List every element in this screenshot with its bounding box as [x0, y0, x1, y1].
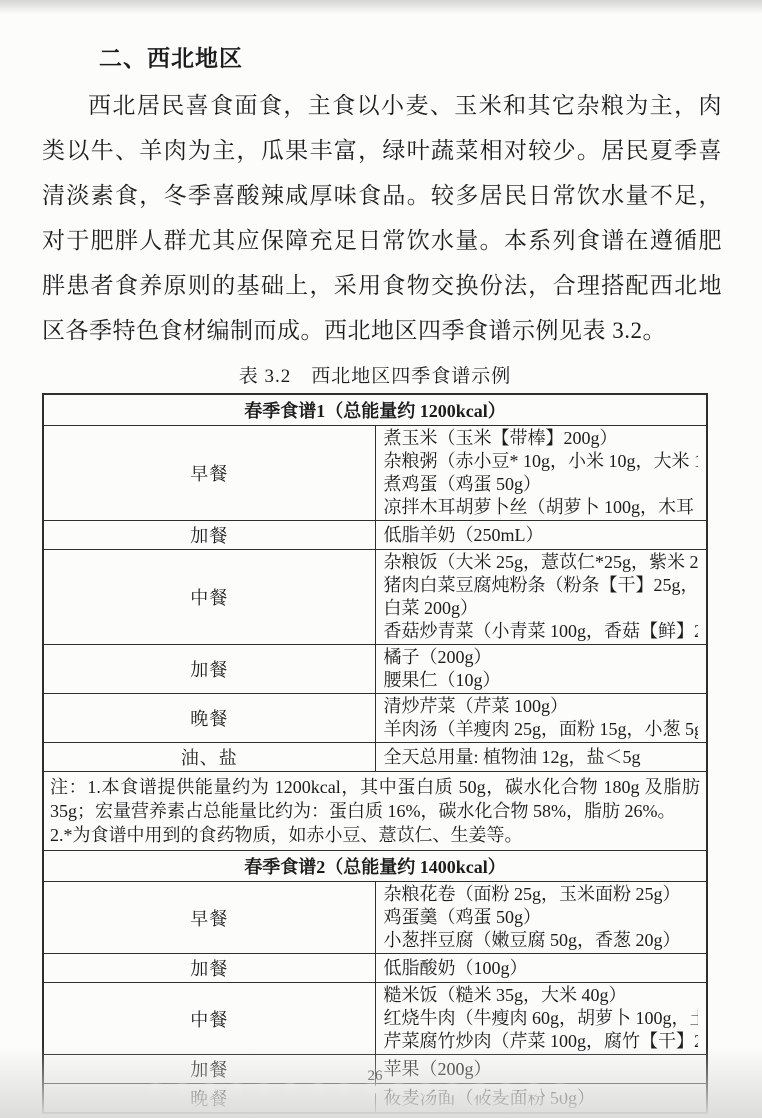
dish-line: 杂粮花卷（面粉 25g，玉米面粉 25g） — [384, 883, 699, 906]
meal-label: 晚餐 — [43, 694, 375, 743]
dish-line: 鸡蛋羹（鸡蛋 50g） — [384, 906, 699, 929]
dish-line: 杂粮粥（赤小豆* 10g，小米 10g，大米 10g） — [384, 450, 699, 473]
table-row: 中餐糙米饭（糙米 35g，大米 40g）红烧牛肉（牛瘦肉 60g，胡萝卜 100… — [43, 983, 707, 1055]
meal-items: 清炒芹菜（芹菜 100g）羊肉汤（羊瘦肉 25g，面粉 15g，小葱 5g，生姜… — [375, 694, 707, 743]
recipe-table: 春季食谱1（总能量约 1200kcal）早餐煮玉米（玉米【带棒】200g）杂粮粥… — [42, 393, 708, 1114]
table-row: 加餐橘子（200g）腰果仁（10g） — [43, 645, 707, 694]
dish-line: 红烧牛肉（牛瘦肉 60g，胡萝卜 100g，土豆 100g，生姜*2g） — [384, 1007, 699, 1030]
photo-bottom-shade — [0, 1046, 762, 1118]
page-content: 二、西北地区 西北居民喜食面食，主食以小麦、玉米和其它杂粮为主，肉类以牛、羊肉为… — [42, 0, 722, 1114]
section-header-row: 春季食谱1（总能量约 1200kcal） — [43, 394, 707, 426]
section-header-cell: 春季食谱1（总能量约 1200kcal） — [43, 394, 707, 426]
dish-line: 低脂酸奶（100g） — [384, 957, 699, 980]
table-row: 油、盐全天总用量: 植物油 12g，盐＜5g — [43, 743, 707, 772]
dish-line: 凉拌木耳胡萝卜丝（胡萝卜 100g，木耳【干】10g） — [384, 496, 699, 519]
meal-items: 糙米饭（糙米 35g，大米 40g）红烧牛肉（牛瘦肉 60g，胡萝卜 100g，… — [375, 983, 707, 1055]
meal-label: 早餐 — [43, 426, 375, 521]
note-row: 注：1.本食谱提供能量约为 1200kcal，其中蛋白质 50g，碳水化合物 1… — [43, 772, 707, 851]
table-row: 早餐杂粮花卷（面粉 25g，玉米面粉 25g）鸡蛋羹（鸡蛋 50g）小葱拌豆腐（… — [43, 882, 707, 954]
meal-label: 中餐 — [43, 550, 375, 645]
dish-line: 低脂羊奶（250mL） — [384, 524, 699, 547]
table-row: 晚餐清炒芹菜（芹菜 100g）羊肉汤（羊瘦肉 25g，面粉 15g，小葱 5g，… — [43, 694, 707, 743]
dish-line: 杂粮饭（大米 25g，薏苡仁*25g，紫米 25g) — [384, 551, 699, 574]
table-caption: 表 3.2 西北地区四季食谱示例 — [42, 361, 708, 388]
meal-label: 加餐 — [43, 521, 375, 550]
meal-items: 全天总用量: 植物油 12g，盐＜5g — [375, 743, 707, 772]
dish-line: 羊肉汤（羊瘦肉 25g，面粉 15g，小葱 5g，生姜*2g，花椒*1g） — [384, 718, 699, 741]
intro-paragraph: 西北居民喜食面食，主食以小麦、玉米和其它杂粮为主，肉类以牛、羊肉为主，瓜果丰富，… — [42, 83, 722, 353]
meal-items: 橘子（200g）腰果仁（10g） — [375, 645, 707, 694]
meal-label: 油、盐 — [43, 743, 375, 772]
table-row: 加餐低脂羊奶（250mL） — [43, 521, 707, 550]
meal-label: 加餐 — [43, 645, 375, 694]
dish-line: 白菜 200g） — [384, 597, 699, 620]
dish-line: 橘子（200g） — [384, 646, 699, 669]
meal-items: 低脂羊奶（250mL） — [375, 521, 707, 550]
meal-label: 加餐 — [43, 954, 375, 983]
table-row: 早餐煮玉米（玉米【带棒】200g）杂粮粥（赤小豆* 10g，小米 10g，大米 … — [43, 426, 707, 521]
dish-line: 小葱拌豆腐（嫩豆腐 50g，香葱 20g） — [384, 929, 699, 952]
dish-line: 全天总用量: 植物油 12g，盐＜5g — [384, 746, 699, 769]
dish-line: 煮鸡蛋（鸡蛋 50g） — [384, 473, 699, 496]
meal-label: 早餐 — [43, 882, 375, 954]
meal-items: 低脂酸奶（100g） — [375, 954, 707, 983]
section-header-row: 春季食谱2（总能量约 1400kcal） — [43, 851, 707, 882]
table-note: 注：1.本食谱提供能量约为 1200kcal，其中蛋白质 50g，碳水化合物 1… — [43, 772, 707, 851]
dish-line: 清炒芹菜（芹菜 100g） — [384, 695, 699, 718]
dish-line: 糙米饭（糙米 35g，大米 40g） — [384, 984, 699, 1007]
dish-line: 猪肉白菜豆腐炖粉条（粉条【干】25g，北豆腐 50g，猪后腿肉 35g， — [384, 574, 699, 597]
meal-items: 煮玉米（玉米【带棒】200g）杂粮粥（赤小豆* 10g，小米 10g，大米 10… — [375, 426, 707, 521]
table-row: 加餐低脂酸奶（100g） — [43, 954, 707, 983]
dish-line: 腰果仁（10g） — [384, 669, 699, 692]
section-header-cell: 春季食谱2（总能量约 1400kcal） — [43, 851, 707, 882]
meal-label: 中餐 — [43, 983, 375, 1055]
note-line: 注：1.本食谱提供能量约为 1200kcal，其中蛋白质 50g，碳水化合物 1… — [50, 775, 700, 823]
dish-line: 煮玉米（玉米【带棒】200g） — [384, 427, 699, 450]
section-heading: 二、西北地区 — [99, 40, 722, 73]
meal-items: 杂粮饭（大米 25g，薏苡仁*25g，紫米 25g)猪肉白菜豆腐炖粉条（粉条【干… — [375, 550, 707, 645]
table-row: 中餐杂粮饭（大米 25g，薏苡仁*25g，紫米 25g)猪肉白菜豆腐炖粉条（粉条… — [43, 550, 707, 645]
note-line: 2.*为食谱中用到的食药物质，如赤小豆、薏苡仁、生姜等。 — [50, 823, 700, 847]
dish-line: 香菇炒青菜（小青菜 100g，香菇【鲜】20g） — [384, 620, 699, 643]
meal-items: 杂粮花卷（面粉 25g，玉米面粉 25g）鸡蛋羹（鸡蛋 50g）小葱拌豆腐（嫩豆… — [375, 882, 707, 954]
